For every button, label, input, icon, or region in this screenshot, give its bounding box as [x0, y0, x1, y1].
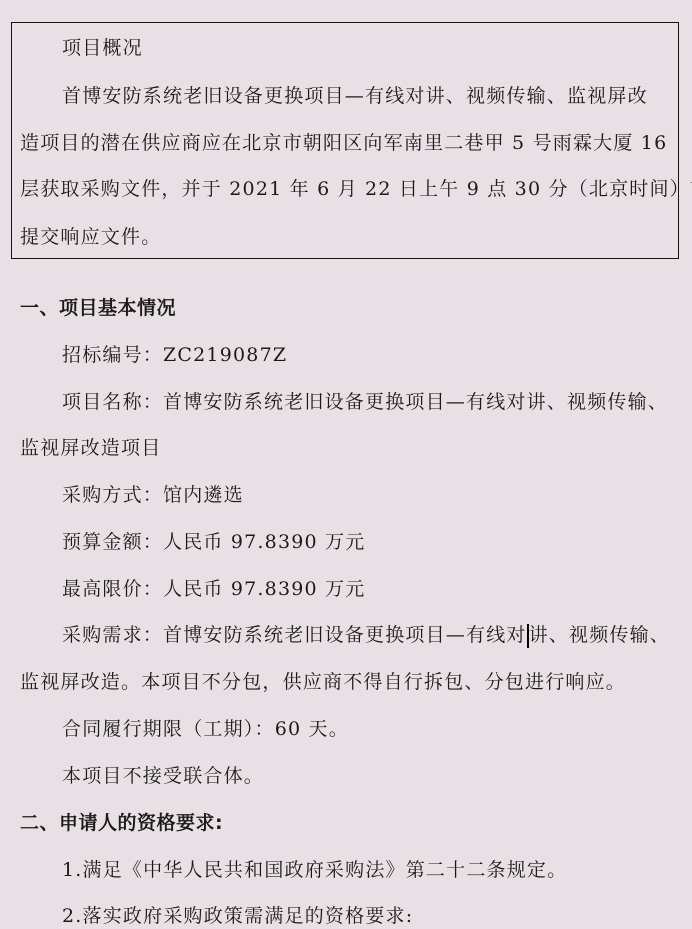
qualification-item: 2.落实政府采购政策需满足的资格要求: — [62, 904, 413, 928]
section-heading-qualifications: 二、申请人的资格要求: — [20, 811, 223, 835]
project-name-line: 项目名称：首博安防系统老旧设备更换项目—有线对讲、视频传输、 — [62, 390, 668, 414]
budget-amount: 预算金额：人民币 97.8390 万元 — [62, 530, 365, 554]
section-heading-basic-info: 一、项目基本情况 — [20, 296, 176, 320]
overview-title: 项目概况 — [62, 36, 143, 60]
bid-number: 招标编号：ZC219087Z — [62, 343, 287, 367]
consortium-note: 本项目不接受联合体。 — [62, 764, 264, 788]
overview-line: 提交响应文件。 — [20, 225, 161, 249]
requirement-text: 讲、视频传输、 — [529, 624, 670, 646]
requirement-text: 采购需求：首博安防系统老旧设备更换项目—有线对 — [62, 624, 527, 646]
overview-line: 层获取采购文件，并于 2021 年 6 月 22 日上午 9 点 30 分（北京… — [20, 177, 692, 201]
requirement-line: 采购需求：首博安防系统老旧设备更换项目—有线对讲、视频传输、 — [62, 623, 670, 648]
overview-line: 造项目的潜在供应商应在北京市朝阳区向军南里二巷甲 5 号雨霖大厦 16 — [20, 131, 667, 155]
qualification-item: 1.满足《中华人民共和国政府采购法》第二十二条规定。 — [62, 858, 567, 882]
requirement-line: 监视屏改造。本项目不分包，供应商不得自行拆包、分包进行响应。 — [20, 670, 626, 694]
procurement-method: 采购方式：馆内遴选 — [62, 483, 244, 507]
overview-line: 首博安防系统老旧设备更换项目—有线对讲、视频传输、监视屏改 — [62, 84, 648, 108]
contract-period: 合同履行期限（工期）：60 天。 — [62, 717, 349, 741]
max-price: 最高限价：人民币 97.8390 万元 — [62, 577, 365, 601]
project-name-line: 监视屏改造项目 — [20, 436, 161, 460]
